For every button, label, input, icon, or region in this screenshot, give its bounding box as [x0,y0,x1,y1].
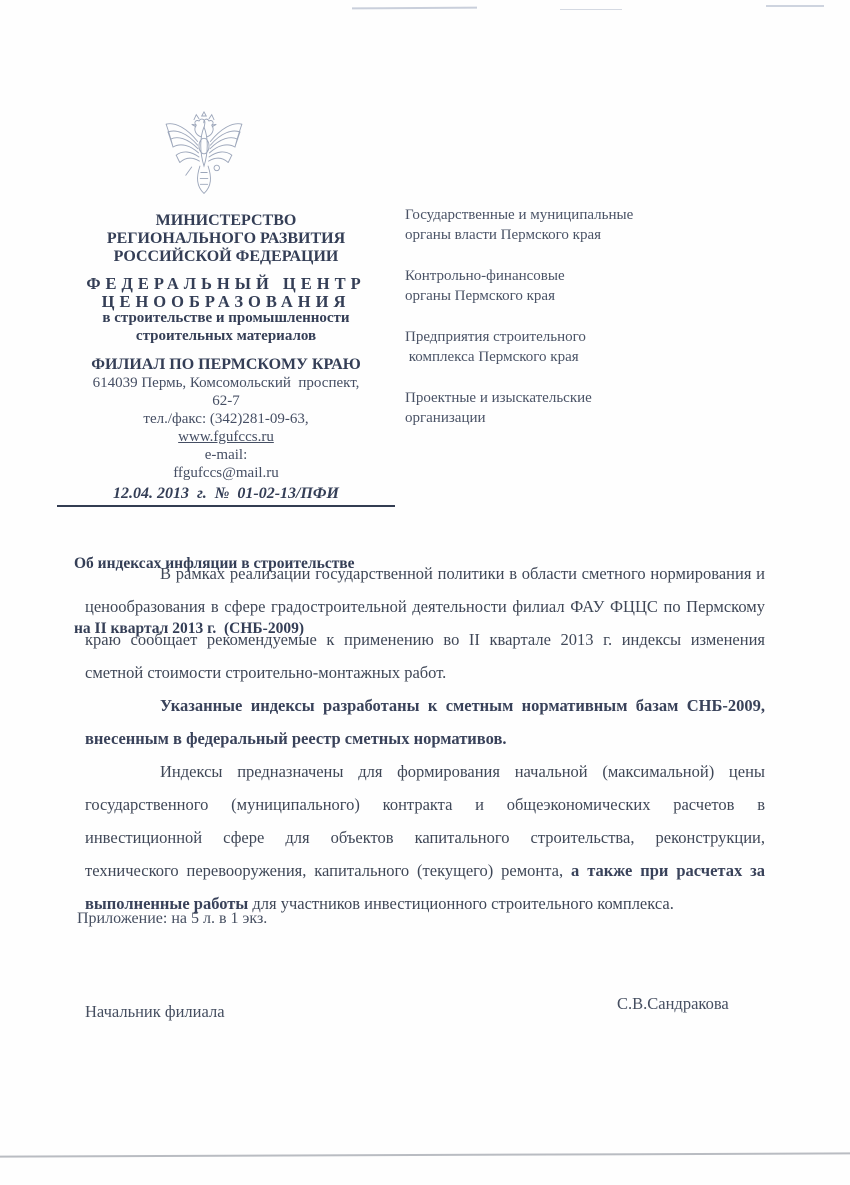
body-text-regular: для участников инвестиционного строитель… [248,894,674,913]
body-line: сметной стоимости строительно-монтажных … [85,656,765,689]
body-line: ценообразования в сфере градостроительно… [85,590,765,623]
scanned-letter-page: МИНИСТЕРСТВО РЕГИОНАЛЬНОГО РАЗВИТИЯ РОСС… [0,0,850,1185]
recipient-line: комплекса Пермского края [405,347,685,367]
recipients-list: Государственные и муниципальные органы в… [405,205,685,449]
body-line: технического перевооружения, капитальног… [85,854,765,887]
recipient-line: Предприятия строительного [405,327,685,347]
body-line: Указанные индексы разработаны к сметным … [85,689,765,722]
recipient-item: Предприятия строительного комплекса Перм… [405,327,685,367]
scan-artifact [352,7,477,10]
recipient-line: Контрольно-финансовые [405,266,685,286]
scan-edge-line [0,1152,850,1157]
recipient-line: организации [405,408,685,428]
body-line: Индексы предназначены для формирования н… [85,755,765,788]
recipient-item: Государственные и муниципальные органы в… [405,205,685,245]
federal-center-name: ФЕДЕРАЛЬНЫЙ ЦЕНТР ЦЕНООБРАЗОВАНИЯ [57,275,395,310]
signatory-name: С.В.Сандракова [617,994,729,1014]
branch-name: ФИЛИАЛ ПО ПЕРМСКОМУ КРАЮ [57,355,395,374]
federal-center-line: ФЕДЕРАЛЬНЫЙ ЦЕНТР [57,275,395,293]
federal-center-subtitle-line: строительных материалов [57,328,395,346]
phone-line: тел./факс: (342)281-09-63, [57,410,395,428]
signatory-position: Начальник филиала [85,1002,225,1022]
date-and-reference-number: 12.04. 2013 г. № 01-02-13/ПФИ [57,484,395,507]
letter-body: В рамках реализации государственной поли… [85,557,765,920]
body-line: внесенным в федеральный реестр сметных н… [85,722,765,755]
body-line: инвестиционной сфере для объектов капита… [85,821,765,854]
address-line: 614039 Пермь, Комсомольский проспект, [57,374,395,392]
email-label: e-mail: [57,446,395,464]
federal-center-subtitle: в строительстве и промышленности строите… [57,310,395,345]
contact-block: 614039 Пермь, Комсомольский проспект, 62… [57,374,395,482]
website-link: www.fgufccs.ru [57,428,395,446]
recipient-line: органы Пермского края [405,286,685,306]
scan-artifact [766,5,824,7]
ministry-line: МИНИСТЕРСТВО [57,212,395,230]
recipient-line: Государственные и муниципальные [405,205,685,225]
body-line: В рамках реализации государственной поли… [85,557,765,590]
ministry-line: РЕГИОНАЛЬНОГО РАЗВИТИЯ [57,230,395,248]
ministry-name: МИНИСТЕРСТВО РЕГИОНАЛЬНОГО РАЗВИТИЯ РОСС… [57,212,395,266]
federal-center-subtitle-line: в строительстве и промышленности [57,310,395,328]
paragraph-3: Индексы предназначены для формирования н… [85,755,765,920]
body-text-regular: технического перевооружения, капитальног… [85,861,571,880]
double-headed-eagle-icon [163,110,245,204]
recipient-line: Проектные и изыскательские [405,388,685,408]
recipient-item: Контрольно-финансовые органы Пермского к… [405,266,685,306]
body-line: государственного (муниципального) контра… [85,788,765,821]
scan-artifact [560,9,622,10]
paragraph-1: В рамках реализации государственной поли… [85,557,765,689]
attachment-note: Приложение: на 5 л. в 1 экз. [77,910,267,928]
federal-center-line: ЦЕНООБРАЗОВАНИЯ [57,293,395,311]
paragraph-2-bold: Указанные индексы разработаны к сметным … [85,689,765,755]
recipient-line: органы власти Пермского края [405,225,685,245]
address-line: 62-7 [57,392,395,410]
email-address: ffgufccs@mail.ru [57,464,395,482]
ministry-line: РОССИЙСКОЙ ФЕДЕРАЦИИ [57,248,395,266]
recipient-item: Проектные и изыскательские организации [405,388,685,428]
body-text-bold: а также при расчетах за [571,861,765,880]
body-line: краю сообщает рекомендуемые к применению… [85,623,765,656]
